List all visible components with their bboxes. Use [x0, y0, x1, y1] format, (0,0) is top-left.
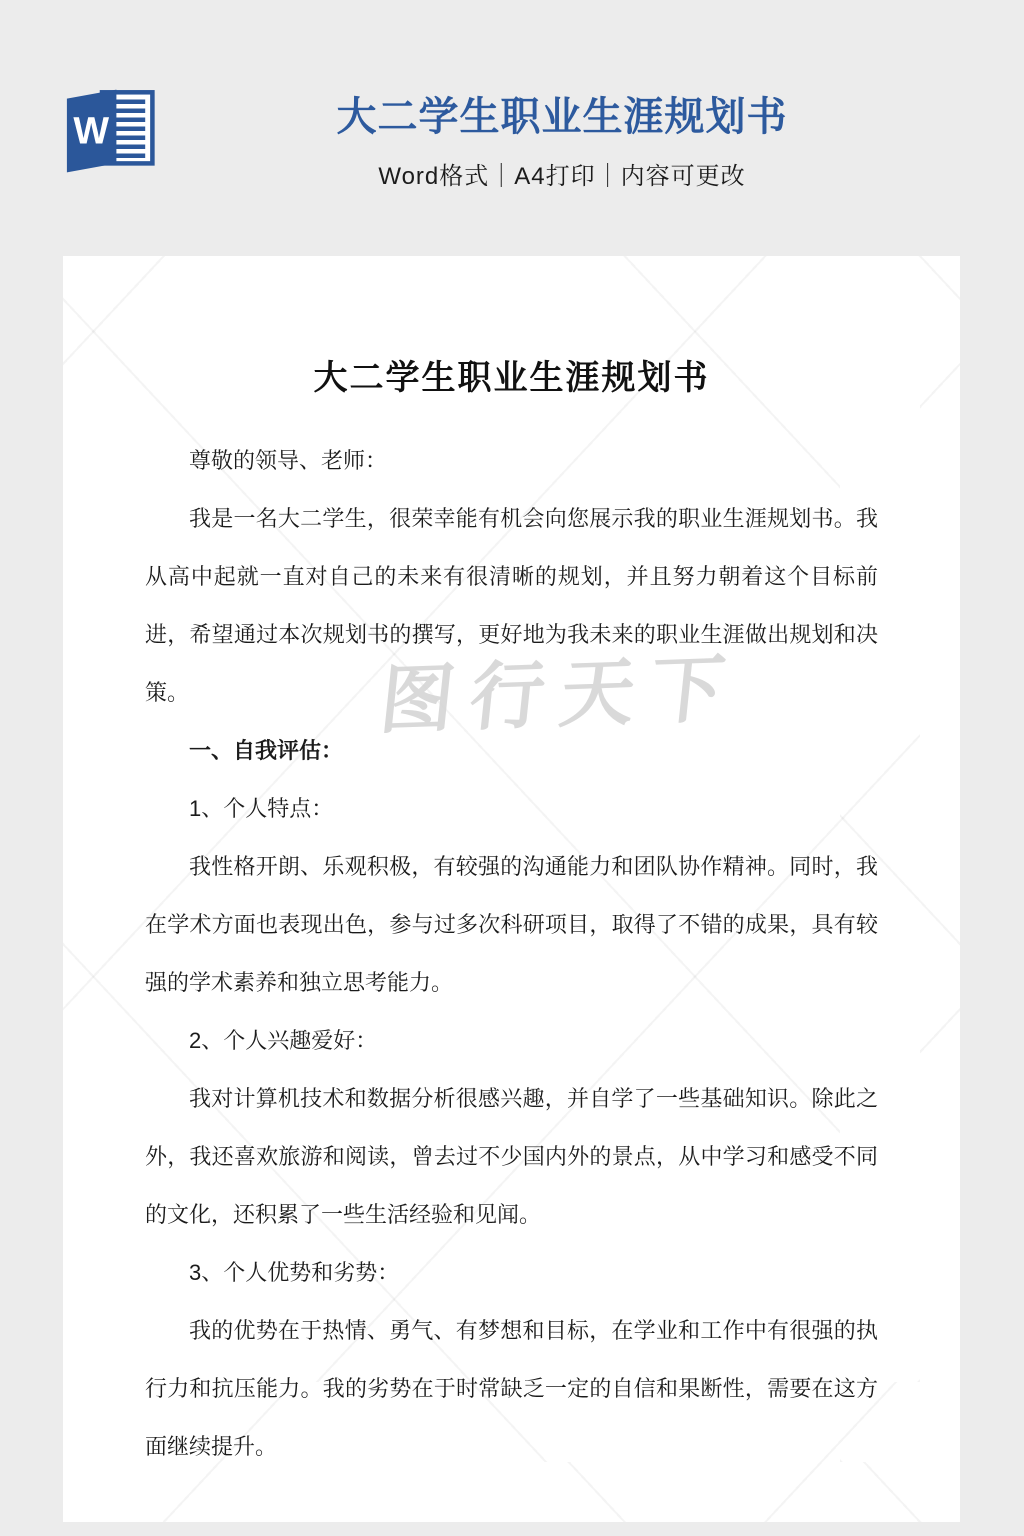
subheading-strengths: 3、个人优势和劣势： [145, 1244, 878, 1302]
document-body: 尊敬的领导、老师： 我是一名大二学生，很荣幸能有机会向您展示我的职业生涯规划书。… [145, 432, 878, 1476]
header-text-block: 大二学生职业生涯规划书 Word格式｜A4打印｜内容可更改 [100, 94, 1024, 191]
heading-self-assessment: 一、自我评估： [145, 722, 878, 780]
paragraph-intro: 我是一名大二学生，很荣幸能有机会向您展示我的职业生涯规划书。我从高中起就一直对自… [145, 490, 878, 722]
paragraph-salutation: 尊敬的领导、老师： [145, 432, 878, 490]
paragraph-interests: 我对计算机技术和数据分析很感兴趣，并自学了一些基础知识。除此之外，我还喜欢旅游和… [145, 1070, 878, 1244]
page-title: 大二学生职业生涯规划书 [100, 94, 1024, 140]
subheading-personal-traits: 1、个人特点： [145, 780, 878, 838]
site-header: W 大二学生职业生涯规划书 Word格式｜A4打印｜内容可更改 [0, 0, 1024, 256]
subheading-interests: 2、个人兴趣爱好： [145, 1012, 878, 1070]
document-page: 图行天下 大二学生职业生涯规划书 尊敬的领导、老师： 我是一名大二学生，很荣幸能… [63, 256, 960, 1522]
document-title: 大二学生职业生涯规划书 [63, 350, 960, 399]
page-subtitle: Word格式｜A4打印｜内容可更改 [100, 156, 1024, 191]
paragraph-personal-traits: 我性格开朗、乐观积极，有较强的沟通能力和团队协作精神。同时，我在学术方面也表现出… [145, 838, 878, 1012]
paragraph-strengths: 我的优势在于热情、勇气、有梦想和目标，在学业和工作中有很强的执行力和抗压能力。我… [145, 1302, 878, 1476]
